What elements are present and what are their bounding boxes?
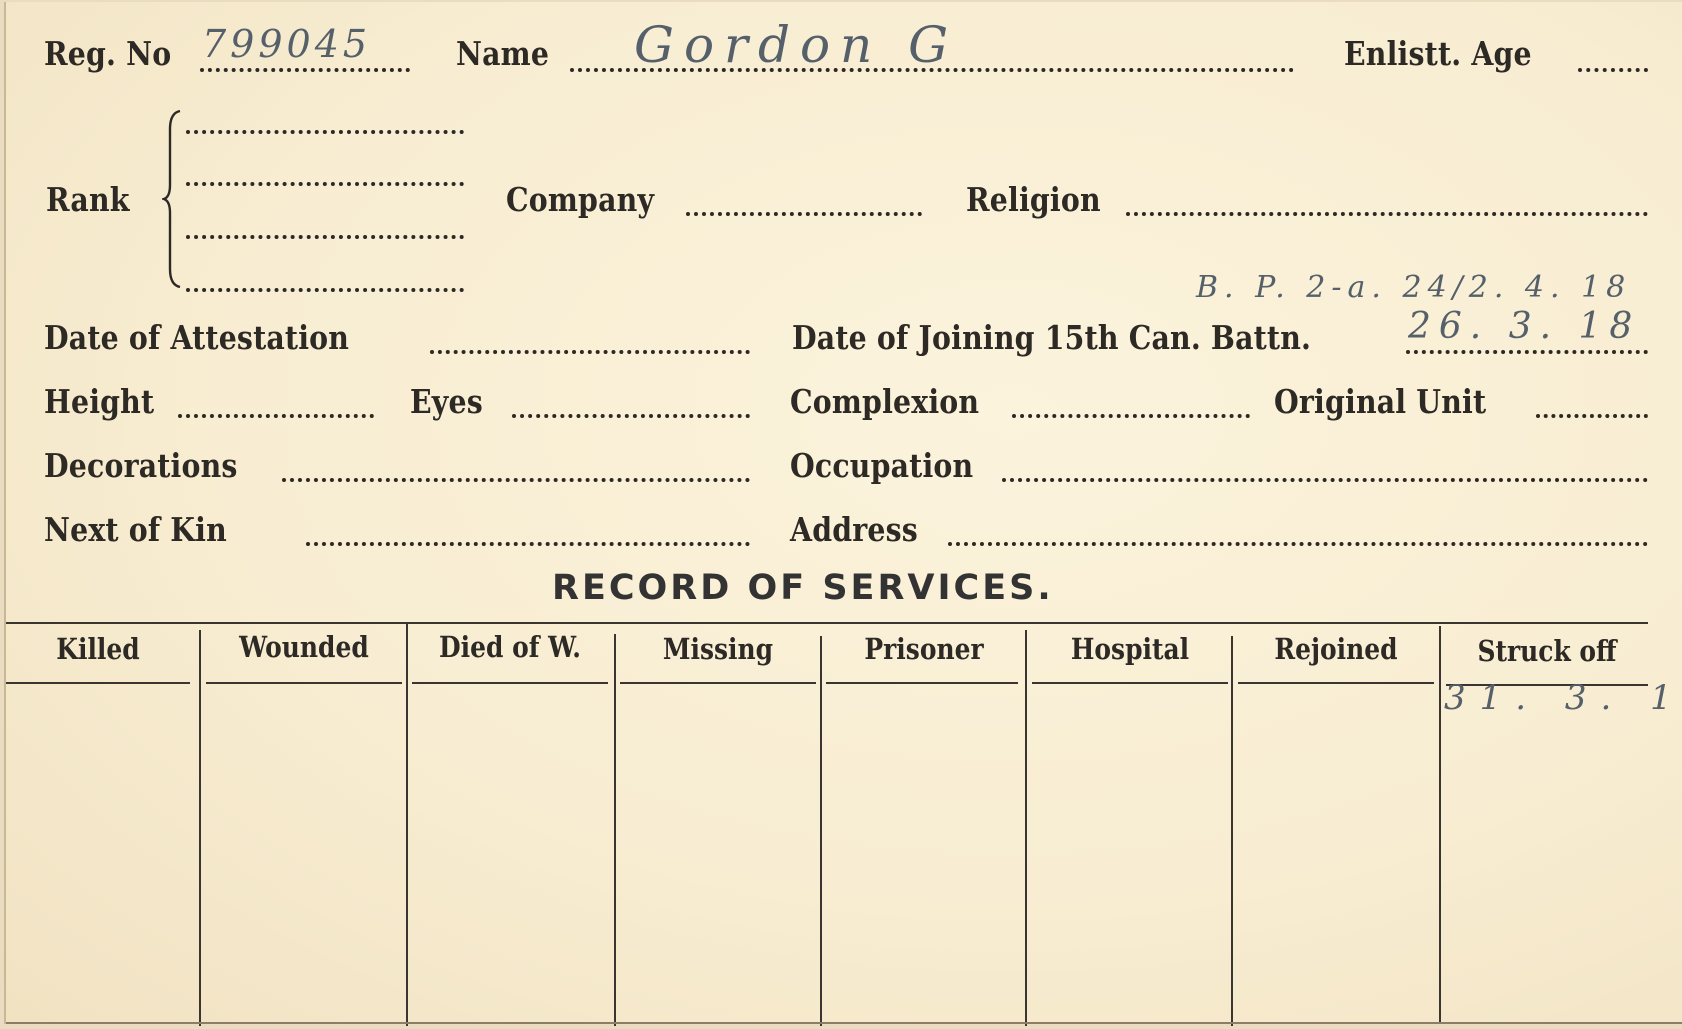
col-header-rejoined: Rejoined xyxy=(1252,632,1421,666)
company-label: Company xyxy=(506,180,654,219)
col-divider xyxy=(614,634,616,1026)
col-header-wounded: Wounded xyxy=(220,630,389,664)
col-header-hospital: Hospital xyxy=(1046,632,1215,666)
occupation-label: Occupation xyxy=(790,446,973,485)
religion-line[interactable] xyxy=(1126,212,1648,216)
col-header-killed: Killed xyxy=(19,632,177,666)
reg-no-line xyxy=(200,68,410,72)
religion-label: Religion xyxy=(966,180,1101,219)
rank-line-2[interactable] xyxy=(186,182,464,186)
brace-icon xyxy=(162,109,182,289)
address-line[interactable] xyxy=(948,542,1648,546)
rank-line-1[interactable] xyxy=(186,130,464,134)
col-underline xyxy=(1238,682,1434,684)
rank-label: Rank xyxy=(46,180,130,219)
company-line[interactable] xyxy=(686,212,922,216)
record-title: RECORD OF SERVICES. xyxy=(552,568,1054,608)
occupation-line[interactable] xyxy=(1002,478,1648,482)
col-header-struck-off: Struck off xyxy=(1460,634,1634,668)
battalion-annotation: B. P. 2-a. 24/2. 4. 18 xyxy=(1196,270,1631,305)
next-of-kin-label: Next of Kin xyxy=(44,510,227,549)
enlist-age-label: Enlistt. Age xyxy=(1344,34,1532,73)
joining-label: Date of Joining 15th Can. Battn. xyxy=(792,318,1311,357)
joining-value[interactable]: 26. 3. 18 xyxy=(1408,306,1640,347)
original-unit-label: Original Unit xyxy=(1274,382,1486,421)
rank-line-3[interactable] xyxy=(186,235,464,239)
col-underline xyxy=(620,682,816,684)
col-underline xyxy=(412,682,608,684)
col-header-missing: Missing xyxy=(634,632,803,666)
attestation-line[interactable] xyxy=(430,350,750,354)
reg-no-label: Reg. No xyxy=(44,34,171,73)
eyes-label: Eyes xyxy=(410,382,483,421)
name-label: Name xyxy=(456,34,549,73)
rank-line-4[interactable] xyxy=(186,288,464,292)
col-underline xyxy=(1032,682,1228,684)
next-of-kin-line[interactable] xyxy=(306,542,750,546)
table-top-rule xyxy=(6,622,1648,624)
height-label: Height xyxy=(44,382,154,421)
col-underline xyxy=(826,682,1018,684)
reg-no-value[interactable]: 799045 xyxy=(202,22,371,66)
service-record-card: Reg. No 799045 Name Gordon G Enlistt. Ag… xyxy=(4,2,1682,1024)
address-label: Address xyxy=(790,510,918,549)
col-divider xyxy=(1231,636,1233,1026)
struck-off-value[interactable]: 31. 3. 18 xyxy=(1444,678,1682,718)
col-divider xyxy=(1439,626,1441,1022)
col-divider xyxy=(1025,630,1027,1026)
col-underline xyxy=(6,682,190,684)
complexion-label: Complexion xyxy=(790,382,979,421)
name-value[interactable]: Gordon G xyxy=(634,16,958,74)
col-header-died-of-wounds: Died of W. xyxy=(426,630,595,664)
enlist-age-line xyxy=(1578,68,1648,72)
col-header-prisoner: Prisoner xyxy=(840,632,1009,666)
attestation-label: Date of Attestation xyxy=(44,318,349,357)
decorations-label: Decorations xyxy=(44,446,238,485)
complexion-line[interactable] xyxy=(1012,414,1250,418)
joining-line xyxy=(1406,350,1648,354)
height-line[interactable] xyxy=(178,414,374,418)
card-bottom-edge xyxy=(6,1022,1682,1024)
col-divider xyxy=(820,636,822,1026)
col-divider xyxy=(406,622,408,1026)
eyes-line[interactable] xyxy=(512,414,750,418)
col-underline xyxy=(206,682,402,684)
original-unit-line[interactable] xyxy=(1536,414,1648,418)
decorations-line[interactable] xyxy=(282,478,750,482)
col-divider xyxy=(199,630,201,1026)
